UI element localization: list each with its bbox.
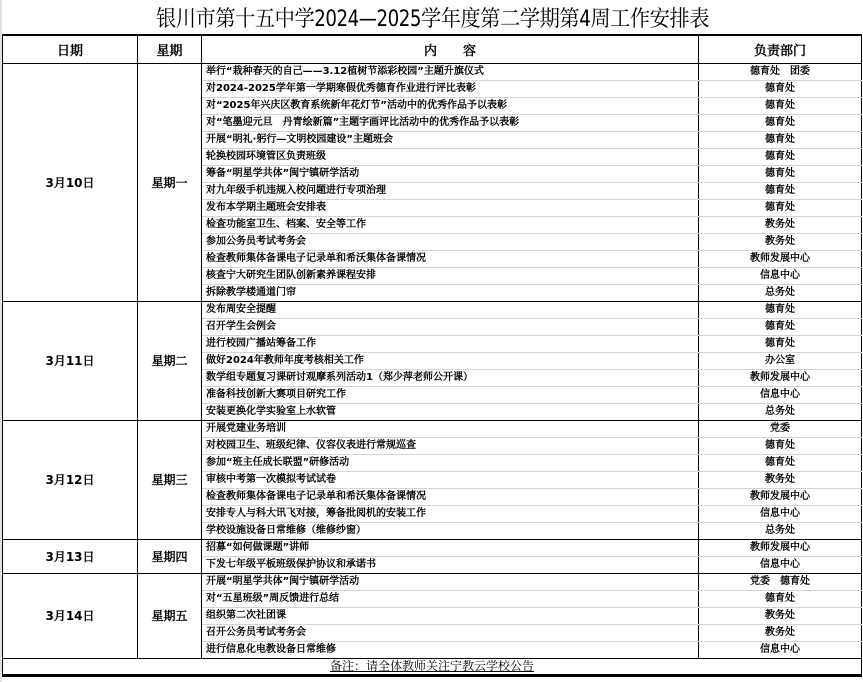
- dept-cell[interactable]: 德育处: [699, 336, 862, 353]
- content-cell[interactable]: 筹备“明星学共体”闽宁镇研学活动: [202, 166, 699, 183]
- content-cell[interactable]: 安装更换化学实验室上水软管: [202, 404, 699, 421]
- dept-cell[interactable]: 德育处: [699, 200, 862, 217]
- dept-cell[interactable]: 德育处: [699, 591, 862, 608]
- content-cell[interactable]: 安排专人与科大讯飞对接，筹备批阅机的安装工作: [202, 506, 699, 523]
- content-cell[interactable]: 对九年级手机违规入校问题进行专项治理: [202, 183, 699, 200]
- content-cell[interactable]: 进行信息化电教设备日常维修: [202, 642, 699, 659]
- content-cell[interactable]: 发布周安全提醒: [202, 302, 699, 319]
- content-cell[interactable]: 组织第二次社团课: [202, 608, 699, 625]
- dept-cell[interactable]: 信息中心: [699, 506, 862, 523]
- content-cell[interactable]: 检查教师集体备课电子记录单和希沃集体备课情况: [202, 251, 699, 268]
- content-cell[interactable]: 召开学生会例会: [202, 319, 699, 336]
- dept-cell[interactable]: 德育处: [699, 115, 862, 132]
- dept-cell[interactable]: 德育处: [699, 149, 862, 166]
- content-cell[interactable]: 数学组专题复习课研讨观摩系列活动1（郑少萍老师公开课）: [202, 370, 699, 387]
- date-cell[interactable]: 3月12日: [3, 421, 138, 540]
- table-row: 3月13日星期四招募“如何做课题”讲师教师发展中心: [3, 540, 862, 557]
- content-cell[interactable]: 做好2024年教师年度考核相关工作: [202, 353, 699, 370]
- header-weekday[interactable]: 星期: [138, 35, 202, 64]
- dept-cell[interactable]: 信息中心: [699, 557, 862, 574]
- content-cell[interactable]: 下发七年级平板班级保护协议和承诺书: [202, 557, 699, 574]
- footer-row: 备注：请全体教师关注宁教云学校公告: [3, 659, 862, 676]
- header-row: 日期 星期 内 容 负责部门: [3, 35, 862, 64]
- content-cell[interactable]: 对“2025年兴庆区教育系统新年花灯节”活动中的优秀作品予以表彰: [202, 98, 699, 115]
- content-cell[interactable]: 对校园卫生、班级纪律、仪容仪表进行常规巡查: [202, 438, 699, 455]
- content-cell[interactable]: 对2024-2025学年第一学期寒假优秀德育作业进行评比表彰: [202, 81, 699, 98]
- dept-cell[interactable]: 德育处: [699, 98, 862, 115]
- content-cell[interactable]: 检查功能室卫生、档案、安全等工作: [202, 217, 699, 234]
- content-cell[interactable]: 参加“班主任成长联盟”研修活动: [202, 455, 699, 472]
- content-cell[interactable]: 参加公务员考试考务会: [202, 234, 699, 251]
- dept-cell[interactable]: 总务处: [699, 285, 862, 302]
- content-cell[interactable]: 开展“明星学共体”闽宁镇研学活动: [202, 574, 699, 591]
- dept-cell[interactable]: 信息中心: [699, 387, 862, 404]
- dept-cell[interactable]: 信息中心: [699, 642, 862, 659]
- table-row: 3月10日星期一举行“栽种春天的自己——3.12植树节添彩校园”主题升旗仪式德育…: [3, 64, 862, 81]
- dept-cell[interactable]: 党委 德育处: [699, 574, 862, 591]
- content-cell[interactable]: 对“五星班级”周反馈进行总结: [202, 591, 699, 608]
- date-cell[interactable]: 3月10日: [3, 64, 138, 302]
- dept-cell[interactable]: 德育处: [699, 132, 862, 149]
- dept-cell[interactable]: 办公室: [699, 353, 862, 370]
- dept-cell[interactable]: 总务处: [699, 404, 862, 421]
- dept-cell[interactable]: 信息中心: [699, 268, 862, 285]
- content-cell[interactable]: 开展“明礼·躬行—文明校园建设”主题班会: [202, 132, 699, 149]
- content-cell[interactable]: 学校设施设备日常维修（维修纱窗）: [202, 523, 699, 540]
- dept-cell[interactable]: 党委: [699, 421, 862, 438]
- dept-cell[interactable]: 德育处: [699, 166, 862, 183]
- dept-cell[interactable]: 德育处: [699, 302, 862, 319]
- schedule-table: 日期 星期 内 容 负责部门 3月10日星期一举行“栽种春天的自己——3.12植…: [2, 34, 862, 677]
- dept-cell[interactable]: 德育处 团委: [699, 64, 862, 81]
- dept-cell[interactable]: 德育处: [699, 455, 862, 472]
- dept-cell[interactable]: 教务处: [699, 625, 862, 642]
- dept-cell[interactable]: 教师发展中心: [699, 370, 862, 387]
- content-cell[interactable]: 举行“栽种春天的自己——3.12植树节添彩校园”主题升旗仪式: [202, 64, 699, 81]
- dept-cell[interactable]: 教师发展中心: [699, 489, 862, 506]
- weekday-cell[interactable]: 星期一: [138, 64, 202, 302]
- date-cell[interactable]: 3月11日: [3, 302, 138, 421]
- date-cell[interactable]: 3月13日: [3, 540, 138, 574]
- dept-cell[interactable]: 德育处: [699, 81, 862, 98]
- dept-cell[interactable]: 总务处: [699, 523, 862, 540]
- dept-cell[interactable]: 德育处: [699, 438, 862, 455]
- content-cell[interactable]: 核查宁大研究生团队创新素养课程安排: [202, 268, 699, 285]
- dept-cell[interactable]: 教务处: [699, 217, 862, 234]
- content-cell[interactable]: 开展党建业务培训: [202, 421, 699, 438]
- footer-note[interactable]: 备注：请全体教师关注宁教云学校公告: [3, 659, 862, 676]
- dept-cell[interactable]: 教务处: [699, 234, 862, 251]
- sheet-title: 银川市第十五中学2024—2025学年度第二学期第4周工作安排表: [36, 0, 828, 35]
- dept-cell[interactable]: 教师发展中心: [699, 540, 862, 557]
- header-dept[interactable]: 负责部门: [699, 35, 862, 64]
- dept-cell[interactable]: 教务处: [699, 608, 862, 625]
- content-cell[interactable]: 召开公务员考试考务会: [202, 625, 699, 642]
- content-cell[interactable]: 拆除教学楼通道门帘: [202, 285, 699, 302]
- weekday-cell[interactable]: 星期四: [138, 540, 202, 574]
- content-cell[interactable]: 检查教师集体备课电子记录单和希沃集体备课情况: [202, 489, 699, 506]
- dept-cell[interactable]: 教师发展中心: [699, 251, 862, 268]
- dept-cell[interactable]: 德育处: [699, 319, 862, 336]
- header-date[interactable]: 日期: [3, 35, 138, 64]
- weekday-cell[interactable]: 星期三: [138, 421, 202, 540]
- content-cell[interactable]: 审核中考第一次模拟考试试卷: [202, 472, 699, 489]
- table-row: 3月12日星期三开展党建业务培训党委: [3, 421, 862, 438]
- schedule-body: 3月10日星期一举行“栽种春天的自己——3.12植树节添彩校园”主题升旗仪式德育…: [3, 64, 862, 676]
- content-cell[interactable]: 轮换校园环境管区负责班级: [202, 149, 699, 166]
- content-cell[interactable]: 招募“如何做课题”讲师: [202, 540, 699, 557]
- content-cell[interactable]: 对“笔墨迎元旦 丹青绘新篇”主题字画评比活动中的优秀作品予以表彰: [202, 115, 699, 132]
- content-cell[interactable]: 发布本学期主题班会安排表: [202, 200, 699, 217]
- dept-cell[interactable]: 德育处: [699, 183, 862, 200]
- date-cell[interactable]: 3月14日: [3, 574, 138, 659]
- weekday-cell[interactable]: 星期五: [138, 574, 202, 659]
- table-row: 3月11日星期二发布周安全提醒德育处: [3, 302, 862, 319]
- header-content[interactable]: 内 容: [202, 35, 699, 64]
- content-cell[interactable]: 进行校园广播站筹备工作: [202, 336, 699, 353]
- table-row: 3月14日星期五开展“明星学共体”闽宁镇研学活动党委 德育处: [3, 574, 862, 591]
- weekday-cell[interactable]: 星期二: [138, 302, 202, 421]
- content-cell[interactable]: 准备科技创新大赛项目研究工作: [202, 387, 699, 404]
- dept-cell[interactable]: 教务处: [699, 472, 862, 489]
